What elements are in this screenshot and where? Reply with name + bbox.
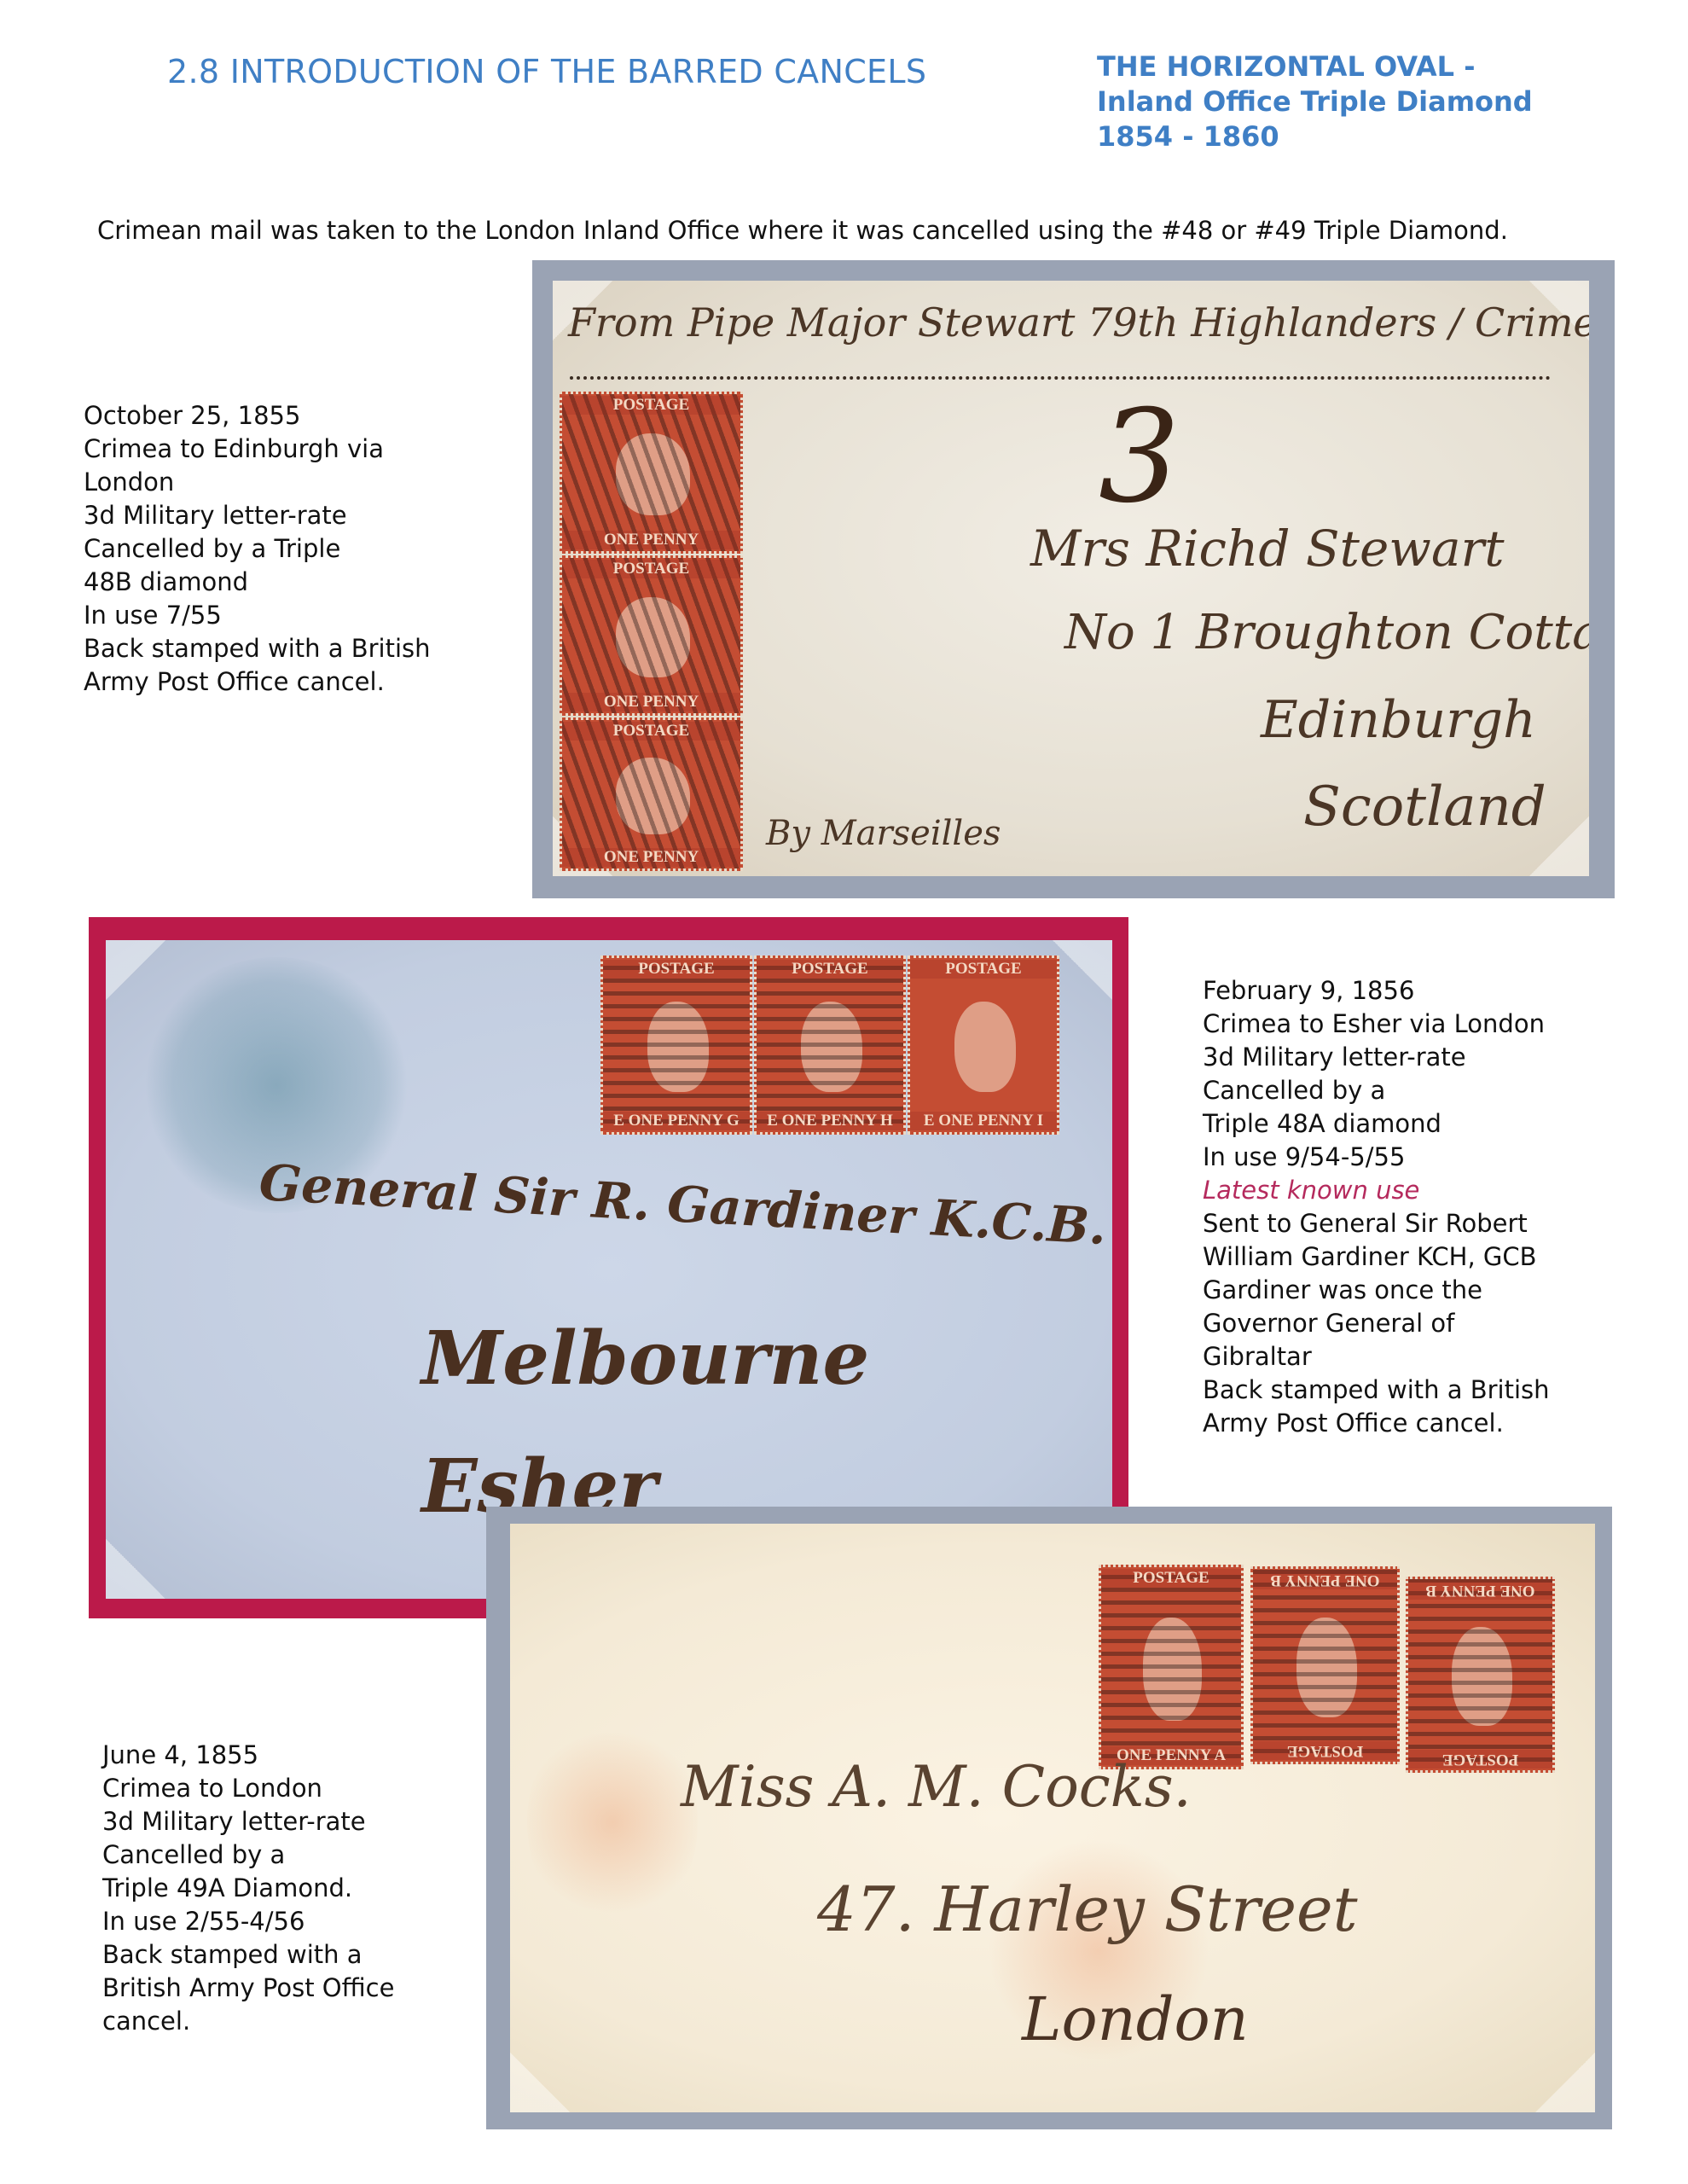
note-line: London bbox=[84, 466, 431, 499]
stamp-label-top: POSTAGE bbox=[603, 960, 750, 979]
note-line: Sent to General Sir Robert bbox=[1203, 1207, 1550, 1240]
address-line: No 1 Broughton Cottage bbox=[1064, 605, 1589, 660]
address-line: Edinburgh bbox=[1261, 690, 1536, 750]
cover-2-envelope: POSTAGE E ONE PENNY G POSTAGE E ONE PENN… bbox=[106, 940, 1112, 1599]
note-line: William Gardiner KCH, GCB bbox=[1203, 1240, 1550, 1274]
route-endorsement: By Marseilles bbox=[766, 814, 1001, 853]
note-line: In use 7/55 bbox=[84, 599, 431, 632]
stamp-label-bottom: ONE PENNY bbox=[562, 531, 740, 549]
note-line: 48B diamond bbox=[84, 566, 431, 599]
address-line: Miss A. M. Cocks. bbox=[681, 1754, 1192, 1820]
note-line: Cancelled by a Triple bbox=[84, 532, 431, 566]
penny-red-stamp: POSTAGE ONE PENNY A bbox=[1099, 1565, 1244, 1769]
stamp-label-bottom: ONE PENNY bbox=[562, 693, 740, 712]
photo-corner bbox=[106, 1539, 165, 1599]
address-line: General Sir R. Gardiner K.C.B. K.C.H. bbox=[258, 1153, 1112, 1266]
barred-cancel bbox=[757, 958, 903, 1132]
photo-corner bbox=[1535, 2053, 1595, 2112]
stamp-label-top: POSTAGE bbox=[1101, 1569, 1241, 1588]
intro-paragraph: Crimean mail was taken to the London Inl… bbox=[97, 213, 1598, 247]
stamp-label-top: POSTAGE bbox=[562, 560, 740, 578]
cover-2-description: February 9, 1856 Crimea to Esher via Lon… bbox=[1203, 974, 1550, 1440]
penny-red-stamp-inverted: ONE PENNY B POSTAGE bbox=[1250, 1566, 1400, 1764]
orange-postmark-trace bbox=[527, 1711, 698, 1933]
stamp-label-bottom: E ONE PENNY G bbox=[603, 1112, 750, 1130]
latest-known-use-highlight: Latest known use bbox=[1203, 1174, 1550, 1207]
note-line: 3d Military letter-rate bbox=[84, 499, 431, 532]
stamp-label-bottom: POSTAGE bbox=[1408, 1750, 1552, 1769]
cover-1-envelope: From Pipe Major Stewart 79th Highlanders… bbox=[553, 281, 1589, 876]
note-line: Back stamped with a British bbox=[1203, 1374, 1550, 1407]
subtitle-line: 1854 - 1860 bbox=[1097, 119, 1533, 154]
dotted-line bbox=[570, 376, 1551, 380]
cover-3-description: June 4, 1855 Crimea to London 3d Militar… bbox=[102, 1739, 394, 2038]
note-line: Gibraltar bbox=[1203, 1340, 1550, 1374]
penny-red-stamp: POSTAGE E ONE PENNY I bbox=[908, 955, 1059, 1135]
penny-red-stamp: POSTAGE ONE PENNY bbox=[560, 555, 743, 716]
note-line: In use 9/54-5/55 bbox=[1203, 1141, 1550, 1174]
penny-red-stamp: POSTAGE ONE PENNY bbox=[560, 717, 743, 871]
note-line: cancel. bbox=[102, 2005, 394, 2038]
note-line: Cancelled by a bbox=[102, 1838, 394, 1872]
rate-marking: 3 bbox=[1099, 383, 1180, 531]
stamp-label-top: POSTAGE bbox=[562, 396, 740, 415]
note-line: Army Post Office cancel. bbox=[1203, 1407, 1550, 1440]
barred-cancel bbox=[1408, 1579, 1552, 1770]
address-line: Scotland bbox=[1303, 775, 1546, 839]
stamp-label-bottom: POSTAGE bbox=[1253, 1741, 1397, 1760]
note-line: British Army Post Office bbox=[102, 1972, 394, 2005]
penny-red-stamp: POSTAGE ONE PENNY bbox=[560, 392, 743, 554]
note-line: Triple 48A diamond bbox=[1203, 1107, 1550, 1141]
cover-3-mount: POSTAGE ONE PENNY A ONE PENNY B POSTAGE … bbox=[486, 1507, 1612, 2129]
address-line: Melbourne bbox=[421, 1316, 869, 1402]
stamp-label-top: ONE PENNY B bbox=[1253, 1571, 1397, 1589]
stamp-label-bottom: ONE PENNY bbox=[562, 848, 740, 867]
photo-corner bbox=[1053, 940, 1112, 1000]
subtitle-line: THE HORIZONTAL OVAL - bbox=[1097, 49, 1533, 84]
note-line: Back stamped with a British bbox=[84, 632, 431, 665]
section-subtitle: THE HORIZONTAL OVAL - Inland Office Trip… bbox=[1097, 49, 1533, 154]
stamp-label-bottom: E ONE PENNY H bbox=[757, 1112, 903, 1130]
stamp-label-top: POSTAGE bbox=[562, 722, 740, 741]
note-line: February 9, 1856 bbox=[1203, 974, 1550, 1008]
penny-red-stamp-inverted: ONE PENNY B POSTAGE bbox=[1406, 1577, 1555, 1773]
stamp-label-bottom: E ONE PENNY I bbox=[910, 1112, 1057, 1130]
address-line: 47. Harley Street bbox=[817, 1873, 1358, 1945]
stamp-label-top: ONE PENNY B bbox=[1408, 1581, 1552, 1600]
note-line: 3d Military letter-rate bbox=[102, 1805, 394, 1838]
barred-cancel bbox=[562, 394, 740, 551]
cover-1-description: October 25, 1855 Crimea to Edinburgh via… bbox=[84, 399, 431, 699]
stamp-label-top: POSTAGE bbox=[910, 960, 1057, 979]
note-line: Crimea to Esher via London bbox=[1203, 1008, 1550, 1041]
note-line: Army Post Office cancel. bbox=[84, 665, 431, 699]
note-line: June 4, 1855 bbox=[102, 1739, 394, 1772]
note-line: Cancelled by a bbox=[1203, 1074, 1550, 1107]
cover-3-envelope: POSTAGE ONE PENNY A ONE PENNY B POSTAGE … bbox=[510, 1524, 1595, 2112]
page-title: 2.8 INTRODUCTION OF THE BARRED CANCELS bbox=[167, 53, 926, 90]
subtitle-line: Inland Office Triple Diamond bbox=[1097, 84, 1533, 119]
cover-1-mount: From Pipe Major Stewart 79th Highlanders… bbox=[532, 260, 1615, 898]
barred-cancel bbox=[1101, 1567, 1241, 1767]
queen-head bbox=[954, 1002, 1016, 1092]
sender-handwriting: From Pipe Major Stewart 79th Highlanders… bbox=[568, 299, 1589, 346]
stamp-label-top: POSTAGE bbox=[757, 960, 903, 979]
note-line: Governor General of bbox=[1203, 1307, 1550, 1340]
address-line: London bbox=[1022, 1984, 1249, 2054]
note-line: Crimea to London bbox=[102, 1772, 394, 1805]
note-line: Crimea to Edinburgh via bbox=[84, 433, 431, 466]
note-line: October 25, 1855 bbox=[84, 399, 431, 433]
note-line: Triple 49A Diamond. bbox=[102, 1872, 394, 1905]
note-line: 3d Military letter-rate bbox=[1203, 1041, 1550, 1074]
note-line: Back stamped with a bbox=[102, 1938, 394, 1972]
photo-corner bbox=[510, 2053, 570, 2112]
barred-cancel bbox=[1253, 1569, 1397, 1762]
note-line: Gardiner was once the bbox=[1203, 1274, 1550, 1307]
address-line: Mrs Richd Stewart bbox=[1030, 520, 1505, 578]
penny-red-stamp: POSTAGE E ONE PENNY H bbox=[754, 955, 906, 1135]
barred-cancel bbox=[562, 558, 740, 713]
penny-red-stamp: POSTAGE E ONE PENNY G bbox=[600, 955, 752, 1135]
barred-cancel bbox=[603, 958, 750, 1132]
photo-corner bbox=[106, 940, 165, 1000]
barred-cancel bbox=[562, 720, 740, 868]
note-line: In use 2/55-4/56 bbox=[102, 1905, 394, 1938]
